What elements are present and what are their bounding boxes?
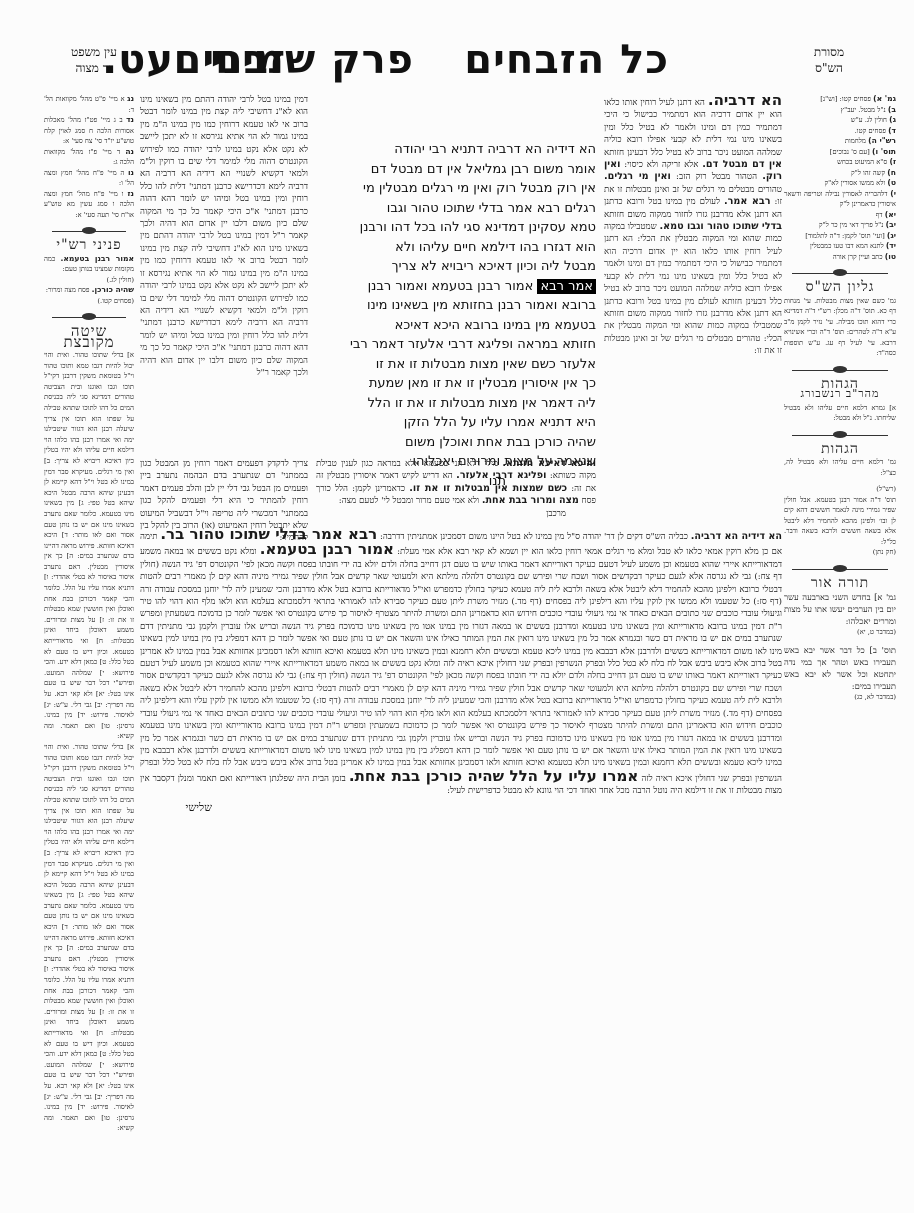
entry-ref: (חולין לג.) xyxy=(44,275,134,286)
masoret-label: תוס' ו) xyxy=(872,147,896,156)
tosafot-dibur: הא דידיה הא דרביה. xyxy=(691,531,782,542)
hagahot-2-text: גמ' דלמא חיים עליהו ולא מבטיל לה, כצ"ל: xyxy=(784,457,896,478)
entry-number: נו xyxy=(128,168,134,177)
masoret-entry: ג) חולין לג. ע"ש xyxy=(784,115,896,126)
masoret-entry: ט) ולא ממשו אסורין לא"ק xyxy=(784,178,896,189)
rashi-end-word: מרכבן xyxy=(316,508,566,520)
tosafot-text: דמין במינו בטל לרבי יהודה דהתם מין בשאינ… xyxy=(140,95,308,241)
rashi-dibur: מצה ומרור בבת אחת. xyxy=(482,495,579,506)
gemara-line: אין רוק מבטל רוק ואין מי רגלים מבטלין מי xyxy=(316,179,596,199)
tosafot-column-bottom: הא דידיה הא דרביה. כבליה הש"ס דקים לן דר… xyxy=(140,528,782,814)
masoret-entry: יא) דף xyxy=(784,210,896,221)
torah-or-text: גמ' א] בחדש השני בארבעה עשר יום בין הערב… xyxy=(784,591,896,627)
rashi-text: הטהור מבטל רוק הזב: xyxy=(676,172,757,182)
tosafot-text: דמין במינו בטל לרבי יהודה דהתם מין בשאינ… xyxy=(140,231,308,377)
penei-rashi-title: פניני רש"י xyxy=(44,240,134,251)
hagahot-subtitle: מהר"ב רנשבורג xyxy=(784,389,896,400)
masoret-label: רש"י ה) xyxy=(868,136,896,145)
ein-mishpat-entry: נז ו מיי' פ"ח מהל' חמץ ומצה הלכה ו סמג ע… xyxy=(44,189,134,221)
masoret-entry: גמ' א) פסחים קטו: [וש"נ] xyxy=(784,94,896,105)
rashi-body: הא דרביה. הא דתנן לעיל רוחין אותו כלאו ה… xyxy=(604,94,782,358)
shita-title: שיטה מקובצת xyxy=(44,326,134,347)
hagahot-2-ref: (רש"ל) xyxy=(784,484,896,495)
masoret-label: ב) xyxy=(888,105,896,114)
masoret-entry: יב) נ"ל פריך דאי מין כר ל"ק xyxy=(784,220,896,231)
highlighted-phrase[interactable]: אמר רבא xyxy=(537,279,596,294)
masoret-entry: ב) נ"ל מבטל. יעב"ץ xyxy=(784,105,896,116)
entry-number: נז xyxy=(128,189,134,198)
entry-ref: (פסחים קטו.) xyxy=(44,296,134,307)
torah-or-text-2: תוס' ב] כל דבר אשר יבא באש תעבירו באש וט… xyxy=(784,644,896,692)
gemara-line: בטעמא מין במינו ברובא היכא דאיכא xyxy=(316,316,596,336)
masoret-hashas-column: גמ' א) פסחים קטו: [וש"נ]ב) נ"ל מבטל. יעב… xyxy=(784,94,896,702)
masoret-text: נ"ל פריך דאי מין כר ל"ק xyxy=(819,221,884,229)
entry-text: ה מיי' פ"ח מהל' חמץ ומצה הל' ו: xyxy=(44,169,134,188)
masoret-label: יא) xyxy=(885,210,896,219)
ornament-divider xyxy=(792,365,888,375)
rashi-text: טהורים מבטלים מי רגלים של זב ואינן מבטלו… xyxy=(604,334,782,356)
masoret-label: יג) xyxy=(887,231,896,240)
masoret-text: קשה זהו ל"ק xyxy=(851,169,885,177)
torah-or-ref-2: (במדבר לא, כג) xyxy=(784,692,896,703)
ornament-divider xyxy=(792,430,888,440)
ein-mishpat-label: עין משפט נר מצוה xyxy=(54,44,134,76)
penei-rashi-entry: אמור רבנן בטעמא. כמה מקומות שמצינו בנותן… xyxy=(44,254,134,286)
rashi-dibur: רבא אמר. xyxy=(724,196,771,207)
masoret-text: פסחים קטו: [וש"נ] xyxy=(820,95,871,103)
tosafot-column-top: דמין במינו בטל לרבי יהודה דהתם מין בשאינ… xyxy=(140,94,308,379)
masoret-text: [עם ס' נבוכים] xyxy=(830,148,870,156)
masoret-text: לתנא המא דבו טעו כמבטלין xyxy=(810,242,884,250)
masoret-label: ד) xyxy=(888,126,896,135)
masoret-text: דלהכריה לאסורין נבילה וטריפה ודשאר איסור… xyxy=(784,190,896,209)
gemara-line-text: אמור רבנן בטעמא ואמור רבנן xyxy=(368,279,534,294)
masoret-label: ח) xyxy=(887,168,896,177)
entry-text: ד מיי' פ"ז מהל' מקוואות הלכה ג: xyxy=(44,148,134,167)
penei-rashi-entry: שהיה כורכן. פסח מצה ומרור: (פסחים קטו.) xyxy=(44,285,134,306)
entry-text: פסח מצה ומרור: xyxy=(46,286,90,294)
gemara-line: הוא דגזרו בהו דילמא חיים עליהו ולא xyxy=(316,238,596,258)
gemara-line: אלעזר כשם שאין מצות מבטלות זו את זו xyxy=(316,355,596,375)
rashi-dibur: בדלי שתוכו טהור וגבו טמא. xyxy=(660,221,782,232)
gilyon-text: גמ' כשם שאין מצות מבטלות. עי' מנחות דף כ… xyxy=(784,296,896,359)
masoret-label: יד) xyxy=(886,241,896,250)
masoret-entry: ד) פסחים קטו. xyxy=(784,126,896,137)
rashi-column: הא דרביה. הא דתנן לעיל רוחין אותו כלאו ה… xyxy=(604,94,782,358)
gemara-lines-top: הא דידיה הא דרביה דתניא רבי יהודהאומר מש… xyxy=(316,140,596,277)
masoret-entry: יג) [ועי' תוס' לקמן: ד"ה לתלמוד] xyxy=(784,231,896,242)
tosafot-dibur: אמור רבנן בטעמא. xyxy=(260,540,394,558)
torah-or-title: תורה אור xyxy=(784,578,896,589)
gemara-line: הא דידיה הא דרביה דתניא רבי יהודה xyxy=(316,140,596,160)
masoret-label: י) xyxy=(890,189,896,198)
gemara-line: אומר משום רבן גמליאל אין דם מבטל דם xyxy=(316,160,596,180)
entry-text: ב ג מיי' פט"ז מהל' מאכלות אסורות הלכה ח … xyxy=(44,116,134,145)
shita-text-cont: א] בדלי שתוכו טהור. ואית והוי יכול להיות… xyxy=(44,742,134,1134)
ornament-divider xyxy=(52,312,126,322)
masoret-text: חולין לג. ע"ש xyxy=(851,116,887,124)
rashi-dibur: אין דם מבטל דם. xyxy=(702,159,782,170)
ein-mishpat-entry: נו ה מיי' פ"ח מהל' חמץ ומצה הל' ו: xyxy=(44,168,134,189)
gemara-line: שהיה כורכן בבת אחת ואוכלן משום xyxy=(316,433,596,453)
masoret-label: טו) xyxy=(885,252,896,261)
masoret-label: ג) xyxy=(889,115,896,124)
tractate-heading: זבחים xyxy=(173,40,286,80)
rashi-dibur: והיכא דאיכא חזותא. xyxy=(502,458,596,469)
ornament-divider xyxy=(792,564,888,574)
rashi-dibur: הא דרביה. xyxy=(708,91,782,109)
entry-number: נה xyxy=(125,147,134,156)
entry-number: נד xyxy=(126,115,134,124)
masoret-text: דף xyxy=(876,211,883,219)
masoret-entry: תוס' ו) [עם ס' נבוכים] xyxy=(784,147,896,158)
hagahot-text: א] גמרא דלמא חיים עליהו ולא מבטיל שליחתו… xyxy=(784,403,896,424)
ornament-divider xyxy=(52,226,126,236)
rashi-bottom: והיכא דאיכא חזותא. מילי דלא תני בטעמא אל… xyxy=(316,458,596,520)
label-line: מסורת xyxy=(794,44,864,60)
rashi-dibur: ואין מי רגלים. xyxy=(604,171,671,182)
gemara-line: היא דתניא אמרו עליו על הלל הזקן xyxy=(316,413,596,433)
entry-number: נג xyxy=(127,94,134,103)
entry-text: ו מיי' פ"ח מהל' חמץ ומצה הלכה ו סמג עשין… xyxy=(44,190,134,219)
gemara-line: מבטל ליה וכיון דאיכא ריבויא לא צריך xyxy=(316,257,596,277)
hagahot-2-text-2: תוס' ד"ה אמור רבנן בטעמא. אבל חולין שפיר… xyxy=(784,495,896,548)
entry-head: אמור רבנן בטעמא. xyxy=(60,254,134,263)
masoret-text: ולא ממשו אסורין לא"ק xyxy=(825,179,886,187)
rashi-text: אלא זריקה ולא כיסוי: xyxy=(624,160,698,170)
gemara-line: טמא עסקינן דמדינא סגי להו בכל דהו ורבנן xyxy=(316,218,596,238)
masoret-entry: ח) קשה זהו ל"ק xyxy=(784,168,896,179)
masoret-entries: גמ' א) פסחים קטו: [וש"נ]ב) נ"ל מבטל. יעב… xyxy=(784,94,896,262)
tosafot-text: ומלא נקט בששים או במאה משמע דמדאורייתא א… xyxy=(140,547,782,631)
label-line: נר מצוה xyxy=(54,60,134,76)
gemara-line: ברובא ואמור רבנן בחזותא מין בשאינו מינו xyxy=(316,296,596,316)
tosafot-dibur: אמרו עליו על הלל שהיה כורכן בבת אחת. xyxy=(349,767,638,785)
shita-text: א] בדלי שתוכו טהור. ואית והוי יכול להיות… xyxy=(44,350,134,742)
ornament-divider xyxy=(792,268,888,278)
masoret-text: פסחים קטו. xyxy=(855,127,886,135)
hagahot-2-title: הגהות xyxy=(784,444,896,455)
label-line: הש"ס xyxy=(794,60,864,76)
chapter-heading: כל הזבחים xyxy=(464,40,669,80)
masoret-hashas-label: מסורת הש"ס xyxy=(794,44,864,76)
masoret-text: מלחמות xyxy=(845,137,866,145)
ein-mishpat-entry: נג א מיי' פ"ט מהל' מקוואות הל' ד: xyxy=(44,94,134,115)
entry-text: א מיי' פ"ט מהל' מקוואות הל' ד: xyxy=(44,95,134,114)
masoret-text: נ"ל מבטל. יעב"ץ xyxy=(841,106,886,114)
gemara-line: רגלים רבא אמר בדלי שתוכו טהור וגבו xyxy=(316,199,596,219)
gilyon-title: גליון הש"ס xyxy=(784,282,896,293)
gemara-line: חזותא במראה ופליגא דרבי אלעזר דאמר רבי xyxy=(316,335,596,355)
hagahot-2-ref-2: (חק נתן) xyxy=(784,547,896,558)
gemara-line: אמר רבא אמור רבנן בטעמא ואמור רבנן xyxy=(316,277,596,297)
label-line: עין משפט xyxy=(54,44,134,60)
catchword: שלישי xyxy=(140,802,212,814)
masoret-label: ז) xyxy=(889,157,896,166)
ein-mishpat-entry: נה ד מיי' פ"ז מהל' מקוואות הלכה ג: xyxy=(44,147,134,168)
masoret-label: ט) xyxy=(887,178,896,187)
rashi-dibur: ופליגא דרבי אלעזר. xyxy=(456,470,546,481)
ein-mishpat-entries: נג א מיי' פ"ט מהל' מקוואות הל' ד:נד ב ג … xyxy=(44,94,134,220)
ein-mishpat-column: נג א מיי' פ"ט מהל' מקוואות הל' ד:נד ב ג … xyxy=(44,94,134,1134)
gemara-line: ליה דאמר אין מצות מבטלות זו את זו הלל xyxy=(316,394,596,414)
masoret-text: כתב ועיין קרן אורה xyxy=(833,253,883,261)
masoret-entry: טו) כתב ועיין קרן אורה xyxy=(784,252,896,263)
masoret-entry: י) דלהכריה לאסורין נבילה וטריפה ודשאר אי… xyxy=(784,189,896,210)
masoret-label: גמ' א) xyxy=(873,94,896,103)
masoret-label: יב) xyxy=(886,220,896,229)
gemara-line: כך אין איסורין מבטלין זו את זו מאן שמעת xyxy=(316,374,596,394)
masoret-entry: יד) לתנא המא דבו טעו כמבטלין xyxy=(784,241,896,252)
rashi-dibur: כשם שמצות אין מבטלות זו את זו. xyxy=(409,483,567,494)
masoret-text: ס"א המיעוט בכחש xyxy=(837,158,887,166)
masoret-entry: ז) ס"א המיעוט בכחש xyxy=(784,157,896,168)
ein-mishpat-entry: נד ב ג מיי' פט"ז מהל' מאכלות אסורות הלכה… xyxy=(44,115,134,147)
entry-head: שהיה כורכן. xyxy=(92,285,134,294)
masoret-entry: רש"י ה) מלחמות xyxy=(784,136,896,147)
masoret-text: [ועי' תוס' לקמן: ד"ה לתלמוד] xyxy=(805,232,885,240)
tosafot-text: כבליה הש"ס דקים לן דר' יהודה ס"ל מין במי… xyxy=(380,532,688,542)
torah-or-ref: (במדבר ט, יא) xyxy=(784,627,896,638)
gemara-text: הא דידיה הא דרביה דתניא רבי יהודהאומר מש… xyxy=(316,140,596,491)
rashi-text: ולא אמי טעם מרור ומבטל לי' לטעם מצה: xyxy=(339,496,479,506)
